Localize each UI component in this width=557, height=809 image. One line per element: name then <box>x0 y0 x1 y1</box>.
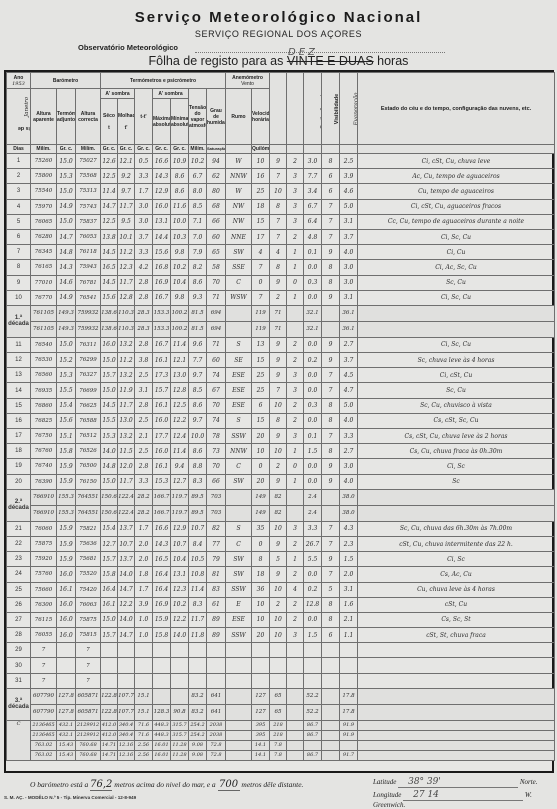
barometer-altitude: 76,2 <box>90 779 112 791</box>
tens-total-cell: 9.08 <box>189 750 207 760</box>
molh-sum-cell: 107.7 <box>118 704 135 720</box>
mar-cell: 2 <box>287 337 304 352</box>
vel-cell: 35 <box>252 521 270 536</box>
mar-cell: 3 <box>287 429 304 444</box>
vis-total-cell <box>322 750 340 760</box>
tens-cell: 8.6 <box>189 444 207 459</box>
tens-sum-cell: 81.5 <box>189 321 207 337</box>
molh-sum-cell: 107.7 <box>118 688 135 704</box>
mar-cell <box>287 658 304 673</box>
hum-cell: 71 <box>207 337 226 352</box>
diff-cell: 2.8 <box>135 275 153 290</box>
t_adj-cell: 15.0 <box>57 184 76 199</box>
hum-cell: 74 <box>207 413 226 428</box>
min-cell <box>171 643 189 658</box>
table-row: 37554015.07531311.49.71.712.98.68.080W25… <box>7 184 555 199</box>
alt_cor-cell: 76299 <box>76 353 101 368</box>
rad-cell: 4.8 <box>304 229 322 244</box>
rumo-cell: S <box>226 413 252 428</box>
nuv-cell: 5 <box>270 552 287 567</box>
evap-cell: 2.0 <box>340 567 358 582</box>
evap-cell: 4.3 <box>340 521 358 536</box>
rumo-cell: C <box>226 275 252 290</box>
tens-cell: 8.3 <box>189 474 207 489</box>
max-cell: 16.7 <box>153 290 171 305</box>
rad-cell: 12.8 <box>304 597 322 612</box>
mar-cell: 3 <box>287 169 304 184</box>
sky-state-cell: cSt, Cu, chuva intermitente das 22 h. <box>358 536 555 551</box>
t_adj-sum-cell: 155.3 <box>57 505 76 521</box>
vel-cell <box>252 658 270 673</box>
hum-cell <box>207 643 226 658</box>
evap-cell: 1.6 <box>340 597 358 612</box>
nuv-sum-cell: 71 <box>270 321 287 337</box>
hum-sum-cell: 703 <box>207 505 226 521</box>
vis-sum-cell <box>322 505 340 521</box>
alt_ap-cell: 7 <box>31 643 57 658</box>
t_adj-cell <box>57 673 76 688</box>
min-cell: 9.8 <box>171 290 189 305</box>
seco-cell: 14.5 <box>101 398 118 413</box>
nuv-cell: 10 <box>270 612 287 627</box>
evap-total-cell: 91.9 <box>340 730 358 740</box>
wind-direction-header: Rumo <box>226 89 252 145</box>
vis-cell: 7 <box>322 229 340 244</box>
hum-cell: 66 <box>207 214 226 229</box>
tens-cell: 7.0 <box>189 229 207 244</box>
rad-sum-cell: 32.1 <box>304 305 322 321</box>
alt_cor-cell: 76541 <box>76 290 101 305</box>
diff-cell: 3.3 <box>135 169 153 184</box>
month-total-row: 763.0215.43760.6814.7112.162.5616.0111.2… <box>7 740 555 750</box>
table-row: 157686015.47662514.511.72.816.112.58.670… <box>7 398 555 413</box>
radiation-header: Radiação solar <box>304 73 322 145</box>
latitude-value: 38° 39' <box>398 777 518 788</box>
seco-cell: 15.0 <box>101 474 118 489</box>
rad-sum-cell: 32.1 <box>304 321 322 337</box>
rad-sum-cell: 52.2 <box>304 704 322 720</box>
rad-cell: 1.5 <box>304 628 322 643</box>
evap-cell: 2.5 <box>340 154 358 169</box>
rumo-cell <box>226 643 252 658</box>
min-cell: 10.4 <box>171 275 189 290</box>
evaporation-header: Evaporação <box>340 73 358 145</box>
tens-cell: 8.2 <box>189 260 207 275</box>
seco-cell: 15.8 <box>101 567 118 582</box>
mar-cell: 1 <box>287 444 304 459</box>
molh-cell: 14.7 <box>118 628 135 643</box>
barometer-mid: metros acima do nivel do mar, e a <box>114 780 215 789</box>
min-cell <box>171 658 189 673</box>
rumo-cell: C <box>226 536 252 551</box>
day-cell: 5 <box>7 214 31 229</box>
mar-sum-cell <box>287 505 304 521</box>
seco-cell: 15.0 <box>101 353 118 368</box>
alt_ap-cell: 75800 <box>31 169 57 184</box>
tens-cell: 6.7 <box>189 169 207 184</box>
molh-sum-cell: 122.4 <box>118 505 135 521</box>
min-sum-cell: 119.7 <box>171 489 189 505</box>
molh-cell: 13.2 <box>118 429 135 444</box>
min-cell: 10.3 <box>171 229 189 244</box>
max-cell: 16.7 <box>153 337 171 352</box>
molh-cell: 10.7 <box>118 536 135 551</box>
max-sum-cell: 166.7 <box>153 505 171 521</box>
t_adj-cell: 15.9 <box>57 536 76 551</box>
max-cell: 16.0 <box>153 444 171 459</box>
vel-cell: 20 <box>252 429 270 444</box>
nuv-cell: 9 <box>270 429 287 444</box>
table-row: 27580015.37556812.59.23.314.38.66.762NNW… <box>7 169 555 184</box>
sky-state-cell: Sc, chuva leve às 4 horas <box>358 353 555 368</box>
molh-total-cell: 340.4 <box>118 730 135 740</box>
mar-cell: 2 <box>287 536 304 551</box>
table-row: 137656015.37632715.713.22.517.313.09.774… <box>7 368 555 383</box>
rumo-total-cell <box>226 750 252 760</box>
vis-cell: 7 <box>322 521 340 536</box>
table-row: 287605516.07581515.714.71.015.814.011.88… <box>7 628 555 643</box>
vel-cell: 10 <box>252 612 270 627</box>
alt_ap-cell: 76530 <box>31 353 57 368</box>
vis-cell: 9 <box>322 337 340 352</box>
decade-summary-row: 1.ª década761105149.3759932138.6110.328.… <box>7 305 555 321</box>
mar-cell: 3 <box>287 521 304 536</box>
rumo-cell: SW <box>226 245 252 260</box>
decade-summary-row: 3.ª década607790127.8605871122.8107.715.… <box>7 688 555 704</box>
nuv-cell: 9 <box>270 154 287 169</box>
diff-cell: 1.7 <box>135 184 153 199</box>
diff-cell: 3.8 <box>135 353 153 368</box>
sky-state-cell: Ci, cSt, Cu, aguaceiros fracos <box>358 199 555 214</box>
max-cell: 16.4 <box>153 567 171 582</box>
alt_cor-sum-cell: 759932 <box>76 321 101 337</box>
table-row: 197674015.97650014.812.02.816.19.48.870C… <box>7 459 555 474</box>
molh-sum-cell: 110.3 <box>118 321 135 337</box>
evap-cell: 1.1 <box>340 628 358 643</box>
alt_cor-cell: 75875 <box>76 612 101 627</box>
tens-cell: 11.8 <box>189 628 207 643</box>
mar-cell <box>287 673 304 688</box>
rad-cell: 5.5 <box>304 552 322 567</box>
tens-cell: 8.3 <box>189 597 207 612</box>
max-total-cell: 448.3 <box>153 720 171 730</box>
max-total-cell: 16.01 <box>153 750 171 760</box>
min-cell: 12.9 <box>171 521 189 536</box>
max-cell <box>153 673 171 688</box>
rumo-cell: W <box>226 154 252 169</box>
seco-cell: 15.5 <box>101 413 118 428</box>
t_adj-total-cell: 432.1 <box>57 730 76 740</box>
nuv-cell: 4 <box>270 245 287 260</box>
diff-total-cell: 71.6 <box>135 720 153 730</box>
nuv-cell: 2 <box>270 459 287 474</box>
alt_ap-cell: 76390 <box>31 474 57 489</box>
nuv-cell: 8 <box>270 199 287 214</box>
t_adj-cell: 15.0 <box>57 154 76 169</box>
rumo-cell: ESE <box>226 368 252 383</box>
tens-cell: 7.1 <box>189 214 207 229</box>
hum-cell: 62 <box>207 169 226 184</box>
hum-sum-cell: 641 <box>207 688 226 704</box>
page-title: Serviço Meteorológico Nacional <box>0 9 557 26</box>
evap-cell: 1.5 <box>340 552 358 567</box>
nuv-sum-cell: 71 <box>270 305 287 321</box>
molh-cell: 13.2 <box>118 337 135 352</box>
mar-cell <box>287 643 304 658</box>
alt_ap-cell: 76560 <box>31 368 57 383</box>
vel-sum-cell: 149 <box>252 489 270 505</box>
min-cell: 11.4 <box>171 444 189 459</box>
tens-sum-cell: 81.5 <box>189 305 207 321</box>
min-cell: 10.9 <box>171 154 189 169</box>
hum-cell: 77 <box>207 536 226 551</box>
thermometer-header: Termómetros e psicrómetro <box>101 73 226 89</box>
nuv-cell: 10 <box>270 628 287 643</box>
hum-cell: 65 <box>207 245 226 260</box>
min-total-cell: 315.7 <box>171 730 189 740</box>
hum-sum-cell: 694 <box>207 305 226 321</box>
table-row: 97701014.67678114.511.72.816.910.48.670C… <box>7 275 555 290</box>
vis-cell: 7 <box>322 383 340 398</box>
hum-cell: 68 <box>207 199 226 214</box>
seco-total-cell: 412.0 <box>101 720 118 730</box>
seco-cell: 15.4 <box>101 521 118 536</box>
seco-cell: 15.0 <box>101 612 118 627</box>
evap-cell: 4.0 <box>340 474 358 489</box>
molh-cell: 12.8 <box>118 290 135 305</box>
alt_ap-cell: 76055 <box>31 628 57 643</box>
unit-label: Saturação=100 <box>207 145 226 154</box>
max-cell <box>153 658 171 673</box>
hum-total-cell: 2038 <box>207 720 226 730</box>
barometer-note: O barómetro está a 76,2 metros acima do … <box>30 779 303 791</box>
t_adj-cell: 15.9 <box>57 521 76 536</box>
max-cell <box>153 643 171 658</box>
month-header: Mês de Janeiro <box>7 89 31 145</box>
nuv-cell: 10 <box>270 582 287 597</box>
alt_ap-cell: 75875 <box>31 536 57 551</box>
vis-total-cell <box>322 730 340 740</box>
day-cell: 28 <box>7 628 31 643</box>
table-row: 227587515.97563612.710.72.014.310.78.477… <box>7 536 555 551</box>
unit-label: Milím. <box>31 145 57 154</box>
mar-cell: 3 <box>287 184 304 199</box>
seco-sum-cell: 122.8 <box>101 704 118 720</box>
t_adj-cell: 16.0 <box>57 628 76 643</box>
alt_cor-cell: 76781 <box>76 275 101 290</box>
month-total-row: C2136465432.12129912412.0340.471.6448.33… <box>7 720 555 730</box>
seco-cell: 12.5 <box>101 169 118 184</box>
max-total-cell: 16.01 <box>153 740 171 750</box>
diff-cell: 2.5 <box>135 444 153 459</box>
min-cell: 12.7 <box>171 474 189 489</box>
rad-sum-cell: 2.4 <box>304 489 322 505</box>
nuv-cell: 2 <box>270 290 287 305</box>
evap-total-cell: 91.7 <box>340 750 358 760</box>
rumo-total-cell <box>226 730 252 740</box>
max-cell: 16.0 <box>153 199 171 214</box>
sky-state-cell <box>358 750 555 760</box>
rad-cell: 0.0 <box>304 368 322 383</box>
diff-cell: 1.8 <box>135 567 153 582</box>
max-sum-cell: 153.3 <box>153 305 171 321</box>
rad-cell: 0.0 <box>304 290 322 305</box>
alt_ap-sum-cell: 607790 <box>31 688 57 704</box>
rad-cell: 0.0 <box>304 337 322 352</box>
alt_cor-sum-cell: 759932 <box>76 305 101 321</box>
hum-cell <box>207 673 226 688</box>
t_adj-cell: 15.8 <box>57 444 76 459</box>
tens-cell: 10.2 <box>189 154 207 169</box>
max-cell: 14.4 <box>153 229 171 244</box>
tens-cell: 8.5 <box>189 383 207 398</box>
longitude-line: Longitude 27 14 W. Greenwich. <box>373 790 557 809</box>
min-cell: 10.2 <box>171 597 189 612</box>
rad-cell: 0.0 <box>304 383 322 398</box>
decade-summary-row: 607790127.8605871122.8107.715.1128.390.8… <box>7 704 555 720</box>
vel-cell: 20 <box>252 628 270 643</box>
rad-cell: 26.7 <box>304 536 322 551</box>
alt_ap-cell: 77010 <box>31 275 57 290</box>
table-row: 107677014.97654115.612.82.816.79.89.371W… <box>7 290 555 305</box>
mar-cell: 2 <box>287 597 304 612</box>
day-cell: 25 <box>7 582 31 597</box>
rumo-cell: ESE <box>226 612 252 627</box>
sky-state-cell: Sc, Cu, chuva das 6h.30m às 7h.00m <box>358 521 555 536</box>
molh-cell <box>118 643 135 658</box>
alt_cor-cell: 76118 <box>76 245 101 260</box>
latitude-suffix: Norte. <box>520 778 538 786</box>
day-cell: 3 <box>7 184 31 199</box>
hum-cell: 60 <box>207 229 226 244</box>
sheet-suffix: horas <box>377 54 408 68</box>
evap-cell: 2.7 <box>340 444 358 459</box>
page-subtitle: SERVIÇO REGIONAL DOS AÇORES <box>0 29 557 39</box>
max-total-cell: 448.3 <box>153 730 171 740</box>
min-cell: 12.4 <box>171 429 189 444</box>
diff-cell: 2.8 <box>135 337 153 352</box>
rad-cell: 0.0 <box>304 459 322 474</box>
table-row: 257566016.17542016.414.71.716.412.311.48… <box>7 582 555 597</box>
alt_ap-cell: 76165 <box>31 260 57 275</box>
nuv-cell <box>270 643 287 658</box>
sky-state-cell: Sc, Cu <box>358 383 555 398</box>
rumo-cell: NW <box>226 199 252 214</box>
table-row: 237592015.97568115.713.72.016.510.410.57… <box>7 552 555 567</box>
sky-state-cell: Ci, Sc <box>358 459 555 474</box>
evap-cell: 4.0 <box>340 413 358 428</box>
vel-cell: 0 <box>252 275 270 290</box>
nuv-cell: 7 <box>270 214 287 229</box>
nuv-sum-cell: 82 <box>270 505 287 521</box>
day-cell: 7 <box>7 245 31 260</box>
alt_ap-cell: 76935 <box>31 383 57 398</box>
molh-cell: 13.0 <box>118 413 135 428</box>
decade-summary-row: 766910155.3764551150.6122.428.2166.7119.… <box>7 505 555 521</box>
nuv-sum-cell: 65 <box>270 688 287 704</box>
max-cell: 15.9 <box>153 612 171 627</box>
nuv-cell: 9 <box>270 275 287 290</box>
sky-state-cell <box>358 740 555 750</box>
rumo-cell: SSW <box>226 582 252 597</box>
sky-state-cell <box>358 489 555 505</box>
vis-cell: 8 <box>322 444 340 459</box>
hum-cell: 89 <box>207 628 226 643</box>
day-cell: 20 <box>7 474 31 489</box>
sky-state-cell <box>358 305 555 321</box>
alt_ap-sum-cell: 766910 <box>31 505 57 521</box>
shade-header-2: A' sombra <box>153 89 189 99</box>
nuv-cell: 9 <box>270 536 287 551</box>
evap-cell: 3.1 <box>340 214 358 229</box>
tens-sum-cell: 89.5 <box>189 489 207 505</box>
hum-sum-cell: 694 <box>207 321 226 337</box>
nuv-sum-cell: 65 <box>270 704 287 720</box>
rumo-cell: E <box>226 597 252 612</box>
alt_cor-cell: 75837 <box>76 214 101 229</box>
unit-label: Gr. c. <box>135 145 153 154</box>
sea-state-header: Estado do mar <box>287 73 304 145</box>
sky-state-cell: Ci, Sc, Cu <box>358 290 555 305</box>
rumo-sum-cell <box>226 489 252 505</box>
diff-cell <box>135 673 153 688</box>
nuv-cell: 2 <box>270 597 287 612</box>
anemometer-header: AnemómetroVento <box>226 73 270 89</box>
alt_cor-cell: 76053 <box>76 229 101 244</box>
min-sum-cell: 90.8 <box>171 704 189 720</box>
sky-state-cell: Cu, tempo de aguaceiros <box>358 184 555 199</box>
rumo-cell: NNW <box>226 169 252 184</box>
seco-cell: 12.6 <box>101 154 118 169</box>
nuv-cell: 10 <box>270 444 287 459</box>
day-cell: 16 <box>7 413 31 428</box>
tens-cell: 8.6 <box>189 398 207 413</box>
hum-cell: 74 <box>207 368 226 383</box>
tens-cell: 9.7 <box>189 413 207 428</box>
day-cell: 15 <box>7 398 31 413</box>
mar-sum-cell <box>287 688 304 704</box>
vis-cell: 8 <box>322 413 340 428</box>
min-cell: 12.1 <box>171 353 189 368</box>
vel-cell: 16 <box>252 169 270 184</box>
alt_ap-cell: 75260 <box>31 154 57 169</box>
mar-cell: 2 <box>287 567 304 582</box>
rumo-cell: SW <box>226 567 252 582</box>
rumo-cell: SW <box>226 474 252 489</box>
unit-label <box>270 145 287 154</box>
min-cell: 13.0 <box>171 368 189 383</box>
alt_cor-cell: 75313 <box>76 184 101 199</box>
seco-cell: 16.4 <box>101 582 118 597</box>
t_adj-sum-cell: 155.3 <box>57 489 76 505</box>
sky-state-cell: Cs, Ac, Cu <box>358 567 555 582</box>
barometer-header: Barómetro <box>31 73 101 89</box>
alt_ap-sum-cell: 761105 <box>31 321 57 337</box>
alt_cor-sum-cell: 764551 <box>76 489 101 505</box>
t_adj-cell: 15.6 <box>57 413 76 428</box>
longitude-label: Longitude <box>373 791 401 799</box>
evap-sum-cell: 17.8 <box>340 704 358 720</box>
vis-sum-cell <box>322 305 340 321</box>
nuv-cell: 9 <box>270 368 287 383</box>
vis-cell: 8 <box>322 275 340 290</box>
t_adj-sum-cell: 149.3 <box>57 305 76 321</box>
diff-cell: 1.0 <box>135 628 153 643</box>
table-row: 187676015.87652614.011.52.516.011.48.673… <box>7 444 555 459</box>
latitude-line: Latitude 38° 39' Norte. <box>373 777 538 788</box>
hum-total-cell: 2038 <box>207 730 226 740</box>
rumo-cell: WSW <box>226 290 252 305</box>
